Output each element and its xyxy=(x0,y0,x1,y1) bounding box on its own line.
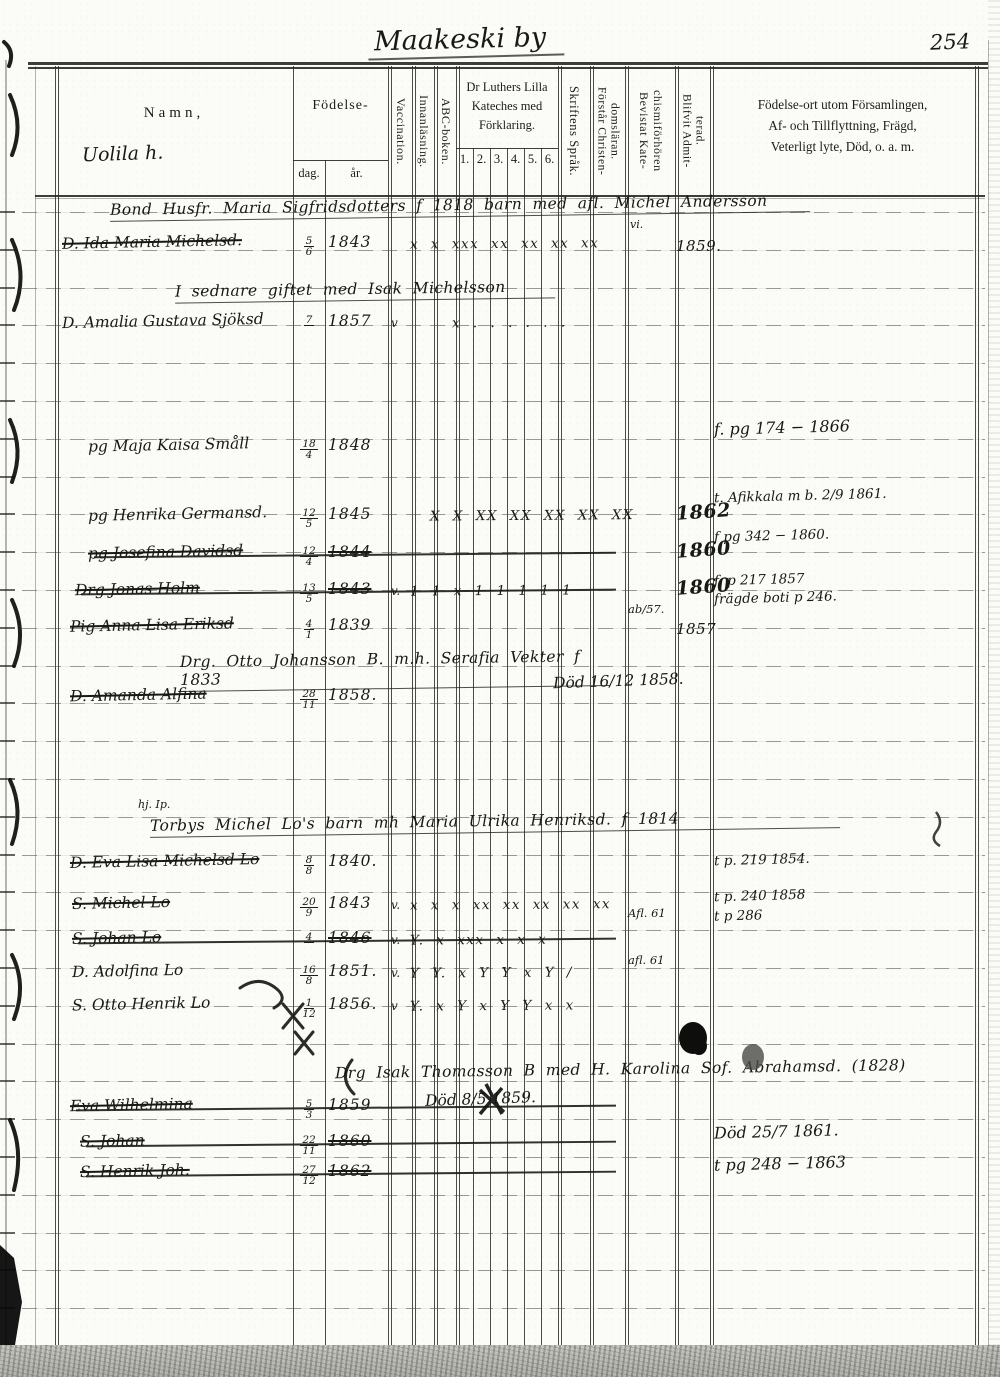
ink-scribble-birthdate xyxy=(480,1084,504,1114)
scan-right-edge xyxy=(988,0,1000,1377)
parish-register-page: Maakeski by 254 Namn, Uolila h. Födelse-… xyxy=(0,0,1000,1377)
ink-blot-light xyxy=(742,1044,764,1070)
ink-scribble-xmarks xyxy=(240,981,354,1094)
scan-bottom-band xyxy=(0,1345,1000,1377)
ink-decorations xyxy=(0,0,1000,1377)
binding-shadow xyxy=(0,1245,22,1345)
ink-squiggle-right xyxy=(934,812,940,846)
